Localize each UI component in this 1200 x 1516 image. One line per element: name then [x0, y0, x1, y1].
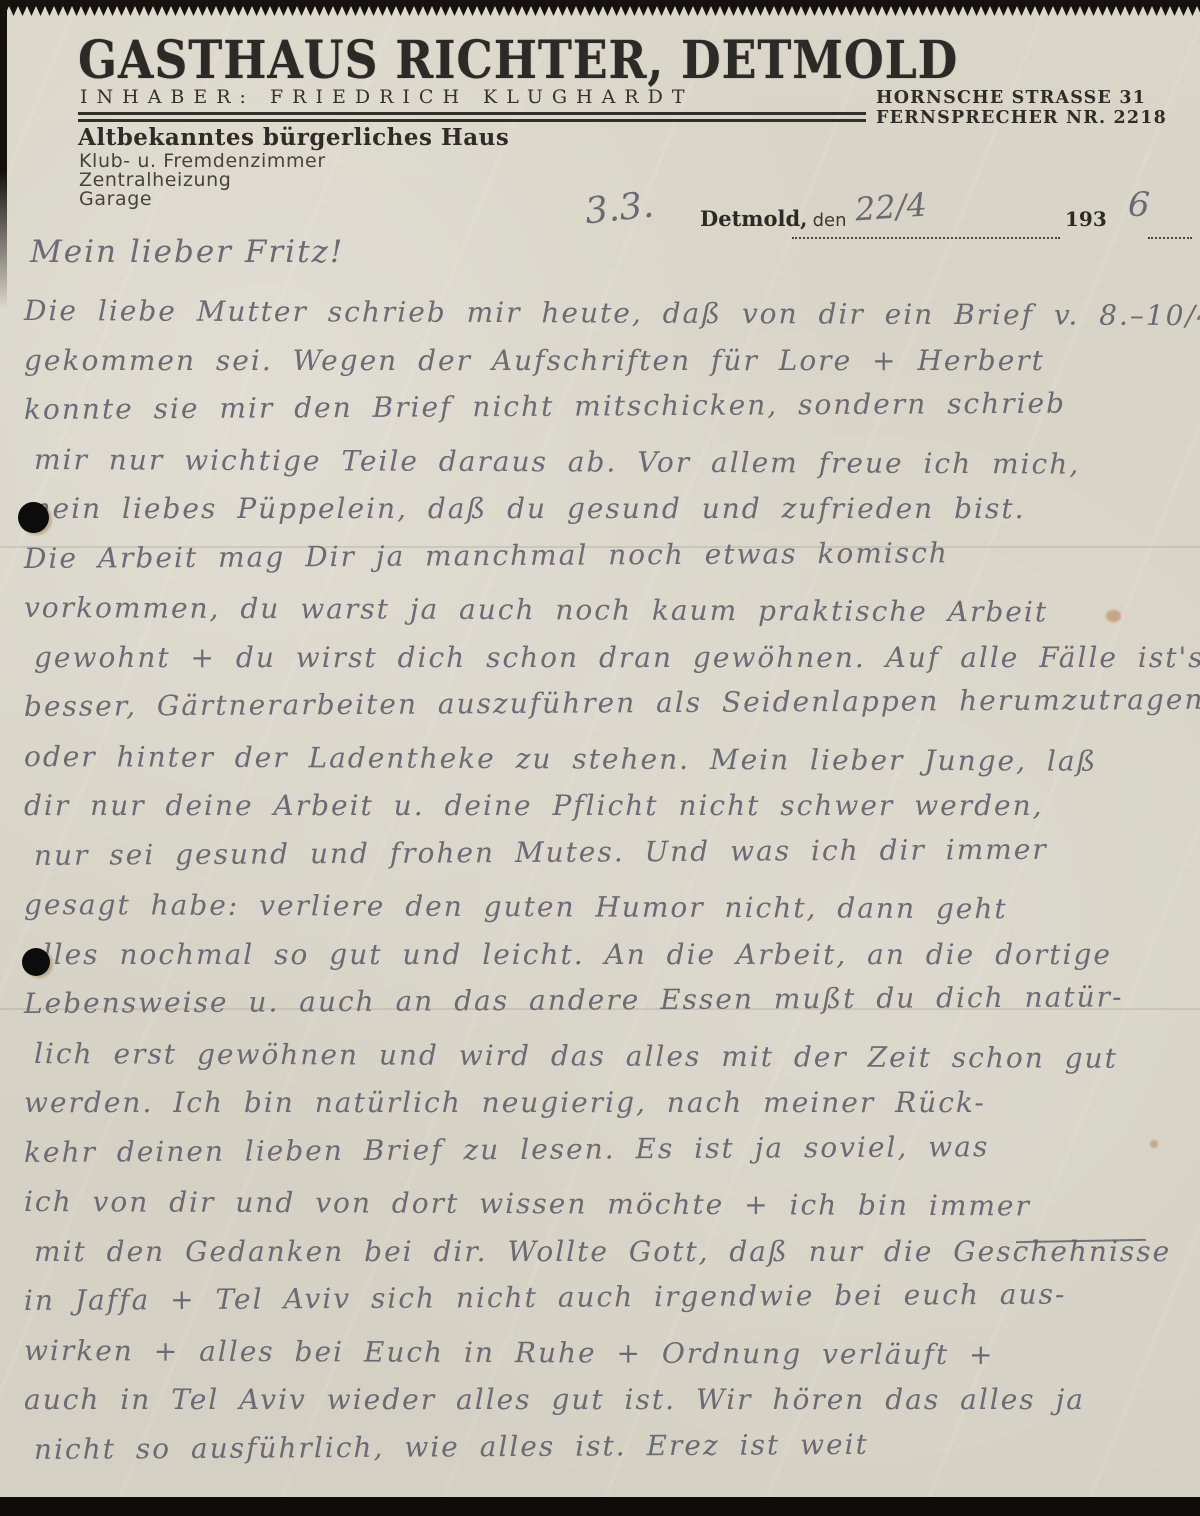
letterhead-feature-item: Garage [79, 190, 326, 209]
handwritten-line: wirken + alles bei Euch in Ruhe + Ordnun… [24, 1326, 1189, 1381]
scan-edge-left [0, 0, 7, 310]
handwritten-line: lich erst gewöhnen und wird das alles mi… [24, 1029, 1189, 1084]
handwritten-line: in Jaffa + Tel Aviv sich nicht auch irge… [24, 1269, 1189, 1326]
rust-stain-small [1150, 1140, 1158, 1148]
scanned-letter-page: GASTHAUS RICHTER, DETMOLD INHABER: FRIED… [0, 0, 1200, 1516]
handwritten-line: besser, Gärtnerarbeiten auszuführen als … [24, 675, 1189, 732]
handwritten-line: gesagt habe: verliere den guten Humor ni… [24, 880, 1189, 935]
fold-crease-upper [0, 546, 1200, 548]
letterhead-features-list: Klub- u. FremdenzimmerZentralheizungGara… [79, 152, 326, 209]
punch-hole-bottom [22, 948, 50, 976]
torn-edge-top [0, 0, 1200, 18]
handwritten-line: ich von dir und von dort wissen möchte +… [24, 1177, 1189, 1232]
handwritten-date: 22/4 [854, 186, 928, 229]
handwritten-line: nicht so ausführlich, wie alles ist. Ere… [24, 1417, 1189, 1474]
handwritten-line: konnte sie mir den Brief nicht mitschick… [24, 378, 1189, 435]
address-street: HORNSCHE STRASSE 31 [876, 88, 1167, 108]
handwritten-line: mit den Gedanken bei dir. Wollte Gott, d… [24, 1227, 1189, 1277]
handwritten-line: vorkommen, du warst ja auch noch kaum pr… [24, 583, 1189, 638]
handwritten-line: dir nur deine Arbeit u. deine Pflicht ni… [24, 781, 1189, 831]
letterhead-title: GASTHAUS RICHTER, DETMOLD [78, 30, 958, 91]
handwritten-line: kehr deinen lieben Brief zu lesen. Es is… [24, 1120, 1189, 1177]
handwritten-line: mir nur wichtige Teile daraus ab. Vor al… [24, 435, 1189, 490]
fold-crease-lower [0, 1008, 1200, 1010]
handwritten-line: mein liebes Püppelein, daß du gesund und… [24, 484, 1189, 534]
letter-body: Die liebe Mutter schrieb mir heute, daß … [24, 286, 1189, 1474]
letterhead-address: HORNSCHE STRASSE 31 FERNSPRECHER NR. 221… [876, 88, 1167, 128]
scan-edge-bottom [0, 1497, 1200, 1516]
rust-stain [1106, 610, 1121, 622]
dateline-dotted-rule-short [1148, 215, 1192, 239]
handwritten-line: auch in Tel Aviv wieder alles gut ist. W… [24, 1375, 1189, 1425]
dateline-year-prefix: 193 [1065, 207, 1107, 231]
handwritten-line: Die Arbeit mag Dir ja manchmal noch etwa… [24, 526, 1189, 583]
handwritten-line: werden. Ich bin natürlich neugierig, nac… [24, 1078, 1189, 1128]
letterhead-owner-line: INHABER: FRIEDRICH KLUGHARDT [80, 86, 694, 108]
handwritten-line: nur sei gesund und frohen Mutes. Und was… [24, 823, 1189, 880]
letterhead-tagline: Altbekanntes bürgerliches Haus [78, 124, 509, 151]
handwritten-line: Lebensweise u. auch an das andere Essen … [24, 972, 1189, 1029]
handwritten-line: alles nochmal so gut und leicht. An die … [24, 930, 1189, 980]
address-phone: FERNSPRECHER NR. 2218 [876, 108, 1167, 128]
punch-hole-top [18, 502, 49, 533]
handwritten-line: gewohnt + du wirst dich schon dran gewöh… [24, 633, 1189, 683]
handwritten-line: oder hinter der Ladentheke zu stehen. Me… [24, 732, 1189, 787]
handwritten-line: Die liebe Mutter schrieb mir heute, daß … [24, 286, 1189, 341]
handwritten-notation: 3.3. [583, 185, 656, 233]
handwritten-line: gekommen sei. Wegen der Aufschriften für… [24, 336, 1189, 386]
letter-salutation: Mein lieber Fritz! [30, 234, 344, 270]
